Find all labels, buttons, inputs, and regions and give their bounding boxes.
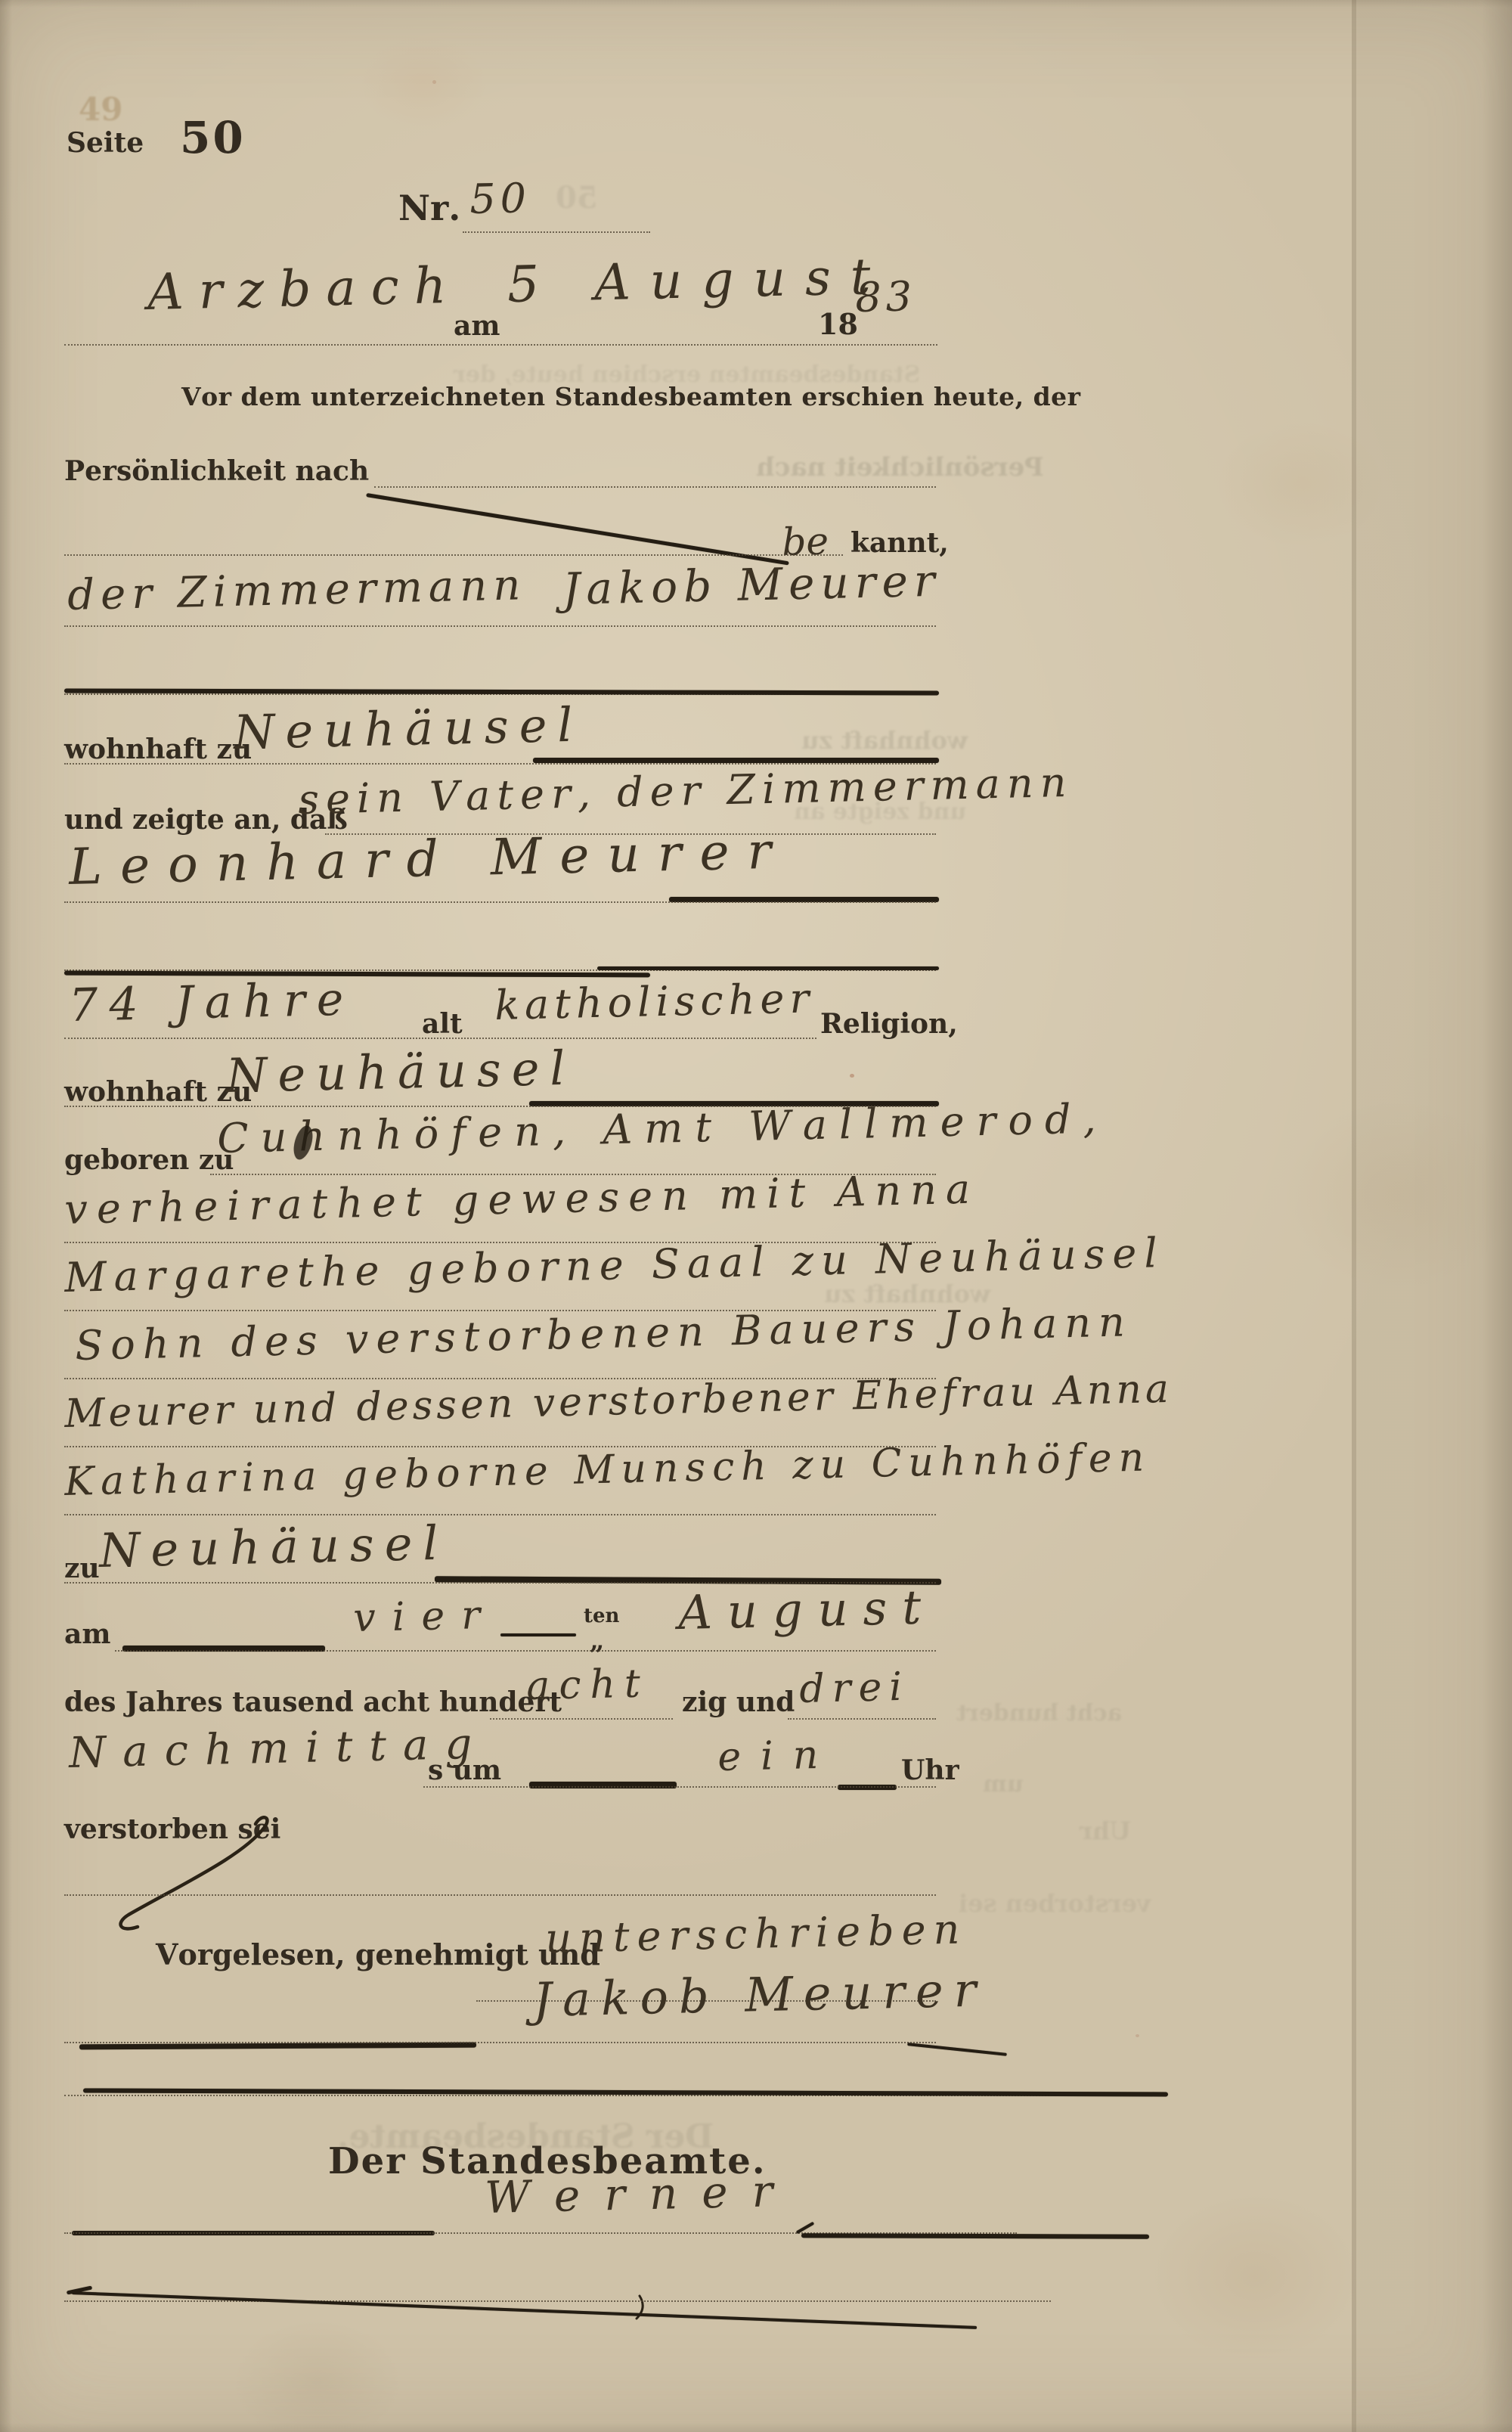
pen-flourish — [0, 0, 1512, 2432]
unterschrieben-hand: unterschrieben — [545, 1905, 968, 1962]
dotted-line — [64, 1894, 936, 1896]
death-register-page: 49 Seite 50 50 Nr. 50 Arzbach am 5 Augus… — [0, 0, 1512, 2432]
registrar-signature: Werner — [484, 2165, 798, 2223]
declarant-signature: Jakob Meurer — [532, 1962, 987, 2027]
dotted-line — [64, 2300, 1051, 2302]
dotted-line — [64, 2042, 936, 2043]
vorgelesen-label: Vorgelesen, genehmigt und — [156, 1937, 600, 1971]
